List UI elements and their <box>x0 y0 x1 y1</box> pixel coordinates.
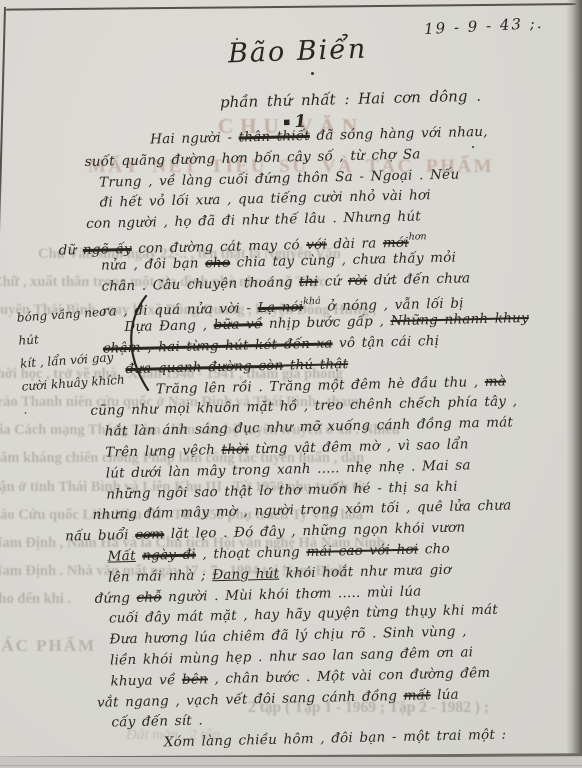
ink-speck <box>472 146 474 148</box>
handwritten-text: cấy đến sít . <box>111 713 203 731</box>
edited-word: cơm <box>135 526 164 543</box>
handwritten-text: vắt ngang , vạch vết đôi sang cánh đồng <box>97 687 404 710</box>
edited-word: bên <box>182 671 208 688</box>
edited-word: thân thiết <box>238 128 310 146</box>
edited-word: mái cao với hơi <box>306 541 418 560</box>
margin-note: bóng vầng neo hútkít , lẩn với gaycười k… <box>16 299 130 421</box>
surface-groove <box>0 765 582 766</box>
handwritten-text: người . Mùi khói thơm ..... mùi lúa <box>162 583 422 605</box>
edited-word: cho <box>205 255 230 272</box>
edited-word: thời <box>221 441 249 458</box>
edited-word: rời <box>348 272 368 288</box>
handwritten-text: nhịp bước gấp , <box>262 313 390 332</box>
margin-note-line: cười khuây khích . <box>21 368 130 421</box>
handwritten-text: , thoạt chung <box>196 544 307 563</box>
manuscript-title: Bão Biển <box>228 34 368 70</box>
handwriting-layer: 19 - 9 - 43 ;. Bão Biển phần thứ nhất : … <box>0 0 582 768</box>
edited-word: Đang hút <box>212 565 279 583</box>
handwritten-text: chân . Câu chuyện thoáng <box>101 274 299 294</box>
margin-note-line: bóng vầng neo hút <box>16 299 125 352</box>
edited-word: chỗ <box>136 589 161 606</box>
handwritten-text: nấu buổi <box>65 527 135 545</box>
handwritten-text: chia tay cùng , chưa thấy mỏi <box>230 249 456 270</box>
surface-below-page <box>0 757 582 768</box>
handwritten-text: vô tận cái chị <box>332 333 439 351</box>
handwritten-text: dữ <box>59 242 84 259</box>
manuscript-lines: Hai người - thân thiết đã sóng hàng với … <box>84 120 582 755</box>
ink-speck <box>311 72 314 75</box>
handwritten-text: đứng <box>94 589 136 606</box>
edited-word: thi <box>299 273 318 289</box>
ink-speck <box>236 38 238 40</box>
handwritten-text: dứt đến chưa <box>367 270 470 288</box>
handwritten-text: đã sóng hàng với nhau, <box>310 124 488 144</box>
handwritten-text: cho <box>418 541 450 558</box>
handwritten-text: cứ <box>318 273 348 290</box>
handwritten-text: lên mái nhà ; <box>108 567 212 585</box>
edited-word: khá <box>303 296 321 307</box>
handwritten-text: từng vật đêm mờ , vì sao lẩn <box>249 436 469 457</box>
handwritten-text: , chân bước . Một vài con đường đêm <box>208 665 491 687</box>
edited-word: hơn <box>409 231 427 242</box>
margin-note-lines: bóng vầng neo hútkít , lẩn với gaycười k… <box>16 299 130 421</box>
manuscript-photo: CHU VĂN MẤY NÉT TIỂU SỬ VÀ TÁC PHẨM Chu … <box>0 0 582 768</box>
margin-brace <box>122 294 152 394</box>
handwritten-text: Hai người - <box>150 129 239 147</box>
edited-word: thú thật <box>283 356 348 373</box>
edited-word: ngày đi <box>142 547 196 564</box>
edited-word: Mất <box>107 548 135 565</box>
handwritten-text: nửa , đôi bạn <box>101 255 206 273</box>
manuscript-date: 19 - 9 - 43 ;. <box>424 14 544 38</box>
edited-word: mất <box>403 687 430 704</box>
handwritten-text: lúa <box>430 686 459 703</box>
edited-word: Những nhanh khuy <box>390 310 529 329</box>
handwritten-text: khuya về <box>110 672 182 690</box>
page-edge-right <box>566 0 582 756</box>
part-heading: phần thứ nhất : Hai cơn dông . <box>220 87 481 112</box>
handwritten-text: Trên lưng vệch <box>105 442 222 461</box>
edited-word: bữa về <box>213 316 262 333</box>
edited-word: mà <box>485 373 507 389</box>
handwritten-text: khói hoắt như mưa giơ <box>279 562 452 582</box>
